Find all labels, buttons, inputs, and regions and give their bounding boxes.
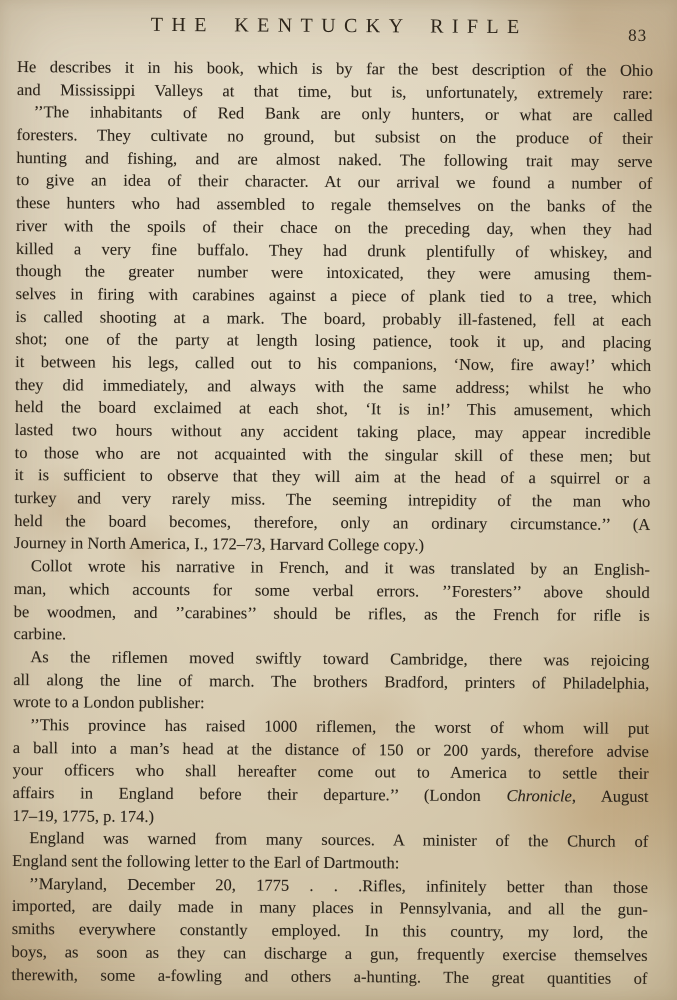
text-line: man, which accounts for some verbal erro… xyxy=(14,578,650,605)
text-line: As the riflemen moved swiftly toward Cam… xyxy=(13,646,649,673)
paragraph: He describes it in his book, which is by… xyxy=(17,56,653,105)
text-line: ’’This province has raised 1000 riflemen… xyxy=(13,714,649,741)
text-line: boys, as soon as they can discharge a gu… xyxy=(12,941,648,968)
paragraph: ’’This province has raised 1000 riflemen… xyxy=(12,714,649,831)
text-line: river with the spoils of their chace on … xyxy=(16,215,652,242)
paragraph: As the riflemen moved swiftly toward Cam… xyxy=(13,646,649,718)
paragraph: ’’The inhabitants of Red Bank are only h… xyxy=(14,101,653,559)
page-header: THE KENTUCKY RIFLE 83 xyxy=(17,13,653,47)
book-page: THE KENTUCKY RIFLE 83 He describes it in… xyxy=(0,0,677,990)
body-text: He describes it in his book, which is by… xyxy=(11,56,653,990)
paragraph: ’’Maryland, December 20, 1775 . . .Rifle… xyxy=(11,873,648,990)
running-head-title: THE KENTUCKY RIFLE xyxy=(17,13,653,40)
text-line: selves in firing with carabines against … xyxy=(16,283,652,310)
text-line: therewith, some a-fowling and others a-h… xyxy=(11,964,647,991)
text-line: be woodmen, and ’’carabines’’ should be … xyxy=(14,601,650,628)
paragraph: England was warned from many sources. A … xyxy=(12,827,648,876)
text-line: it between his legs, called out to his c… xyxy=(15,351,651,378)
paragraph: Collot wrote his narrative in French, an… xyxy=(13,555,650,650)
page-number: 83 xyxy=(628,26,647,46)
